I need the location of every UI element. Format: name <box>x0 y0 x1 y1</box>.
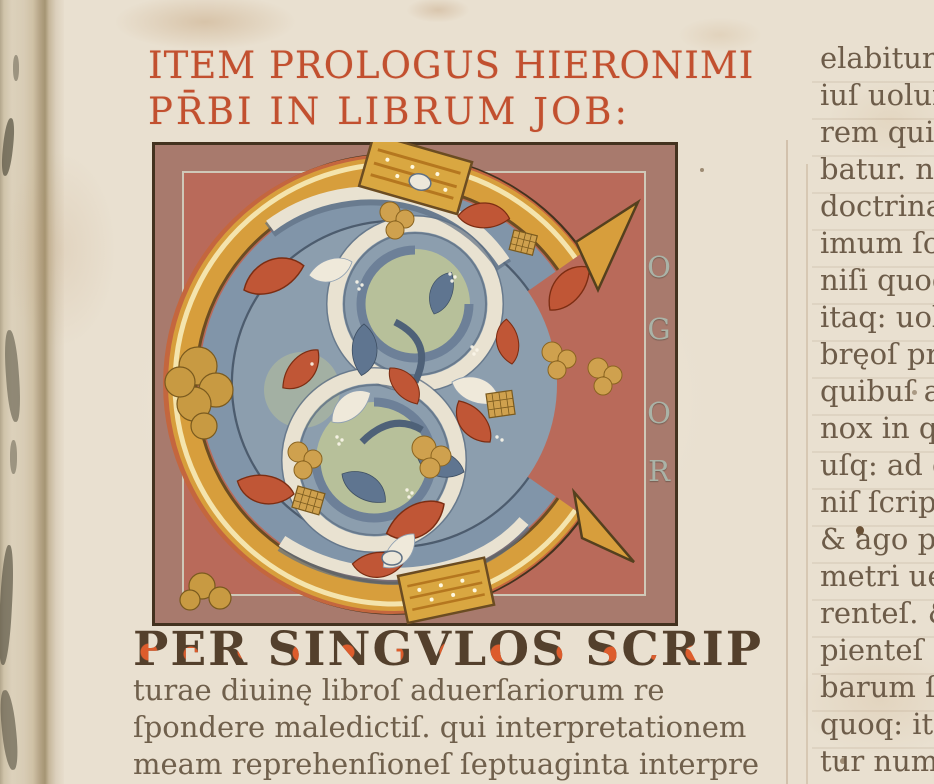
spelled-letter-r: R <box>644 454 674 488</box>
right-column-line: pienteſ <box>820 632 934 669</box>
right-column-line: quoq: ita <box>820 706 934 743</box>
page-edge-ink-mark <box>13 55 19 81</box>
right-column-line: doctrina <box>820 188 934 225</box>
ruling-line-vertical <box>806 164 808 784</box>
rubric-line-2: PR̄BI IN LIBRUM JOB: <box>148 90 630 133</box>
right-column-line: metri ue <box>820 558 934 595</box>
illuminated-initial-block: O G O R <box>152 142 678 626</box>
right-column-line: & ago pe <box>820 521 934 558</box>
right-column-line: niſ ſcript <box>820 484 934 521</box>
ink-fleck <box>700 168 704 172</box>
right-column-line: uſq: ad eu <box>820 447 934 484</box>
right-column-line: rem qui <box>820 114 934 151</box>
right-column-line: imum ſci <box>820 225 934 262</box>
body-text-line: ſpondere maledictiſ. qui interpretatione… <box>133 709 733 746</box>
spelled-letter-o: O <box>644 396 674 430</box>
right-column-line: iuſ uolun <box>820 77 934 114</box>
right-column-line: barum ſe <box>820 669 934 706</box>
illuminated-initial-c-art <box>152 142 678 626</box>
right-text-column: elabitur iuſ uolun rem qui batur. no doc… <box>820 40 934 784</box>
right-column-line: nox in qu <box>820 410 934 447</box>
right-column-line: quibuſ ar <box>820 373 934 410</box>
rubric-line-1: ITEM PROLOGUS HIERONIMI <box>148 44 754 87</box>
spelled-letter-g: G <box>644 312 674 346</box>
right-column-line: renteſ. & <box>820 595 934 632</box>
page-edge-ink-mark <box>3 330 22 423</box>
right-column-line: niſi quod <box>820 262 934 299</box>
spelled-letter-o: O <box>644 250 674 284</box>
page-edge-ink-mark <box>0 118 16 177</box>
right-column-line: elabitur <box>820 40 934 77</box>
body-text-line: meam reprehenſioneſ ſeptuaginta interpre <box>133 746 733 783</box>
body-text-column: turae diuinę libroſ aduerſariorum re ſpo… <box>133 672 733 783</box>
manuscript-photo: ITEM PROLOGUS HIERONIMI PR̄BI IN LIBRUM … <box>0 0 934 784</box>
right-column-line: tur num <box>820 743 934 780</box>
right-column-line: bręoſ pro <box>820 336 934 373</box>
page-edge-ink-mark <box>0 545 15 665</box>
right-column-line: itaq: uolu <box>820 299 934 336</box>
page-edge-ink-mark <box>10 440 17 474</box>
right-column-line: batur. no <box>820 151 934 188</box>
page-edge-ink-mark <box>0 689 20 770</box>
body-text-line: turae diuinę libroſ aduerſariorum re <box>133 672 733 709</box>
book-gutter-edge <box>0 0 64 784</box>
ruling-line-vertical <box>786 140 788 784</box>
incipit-display-line: PER SINGVLOS SCRIP <box>133 622 763 677</box>
